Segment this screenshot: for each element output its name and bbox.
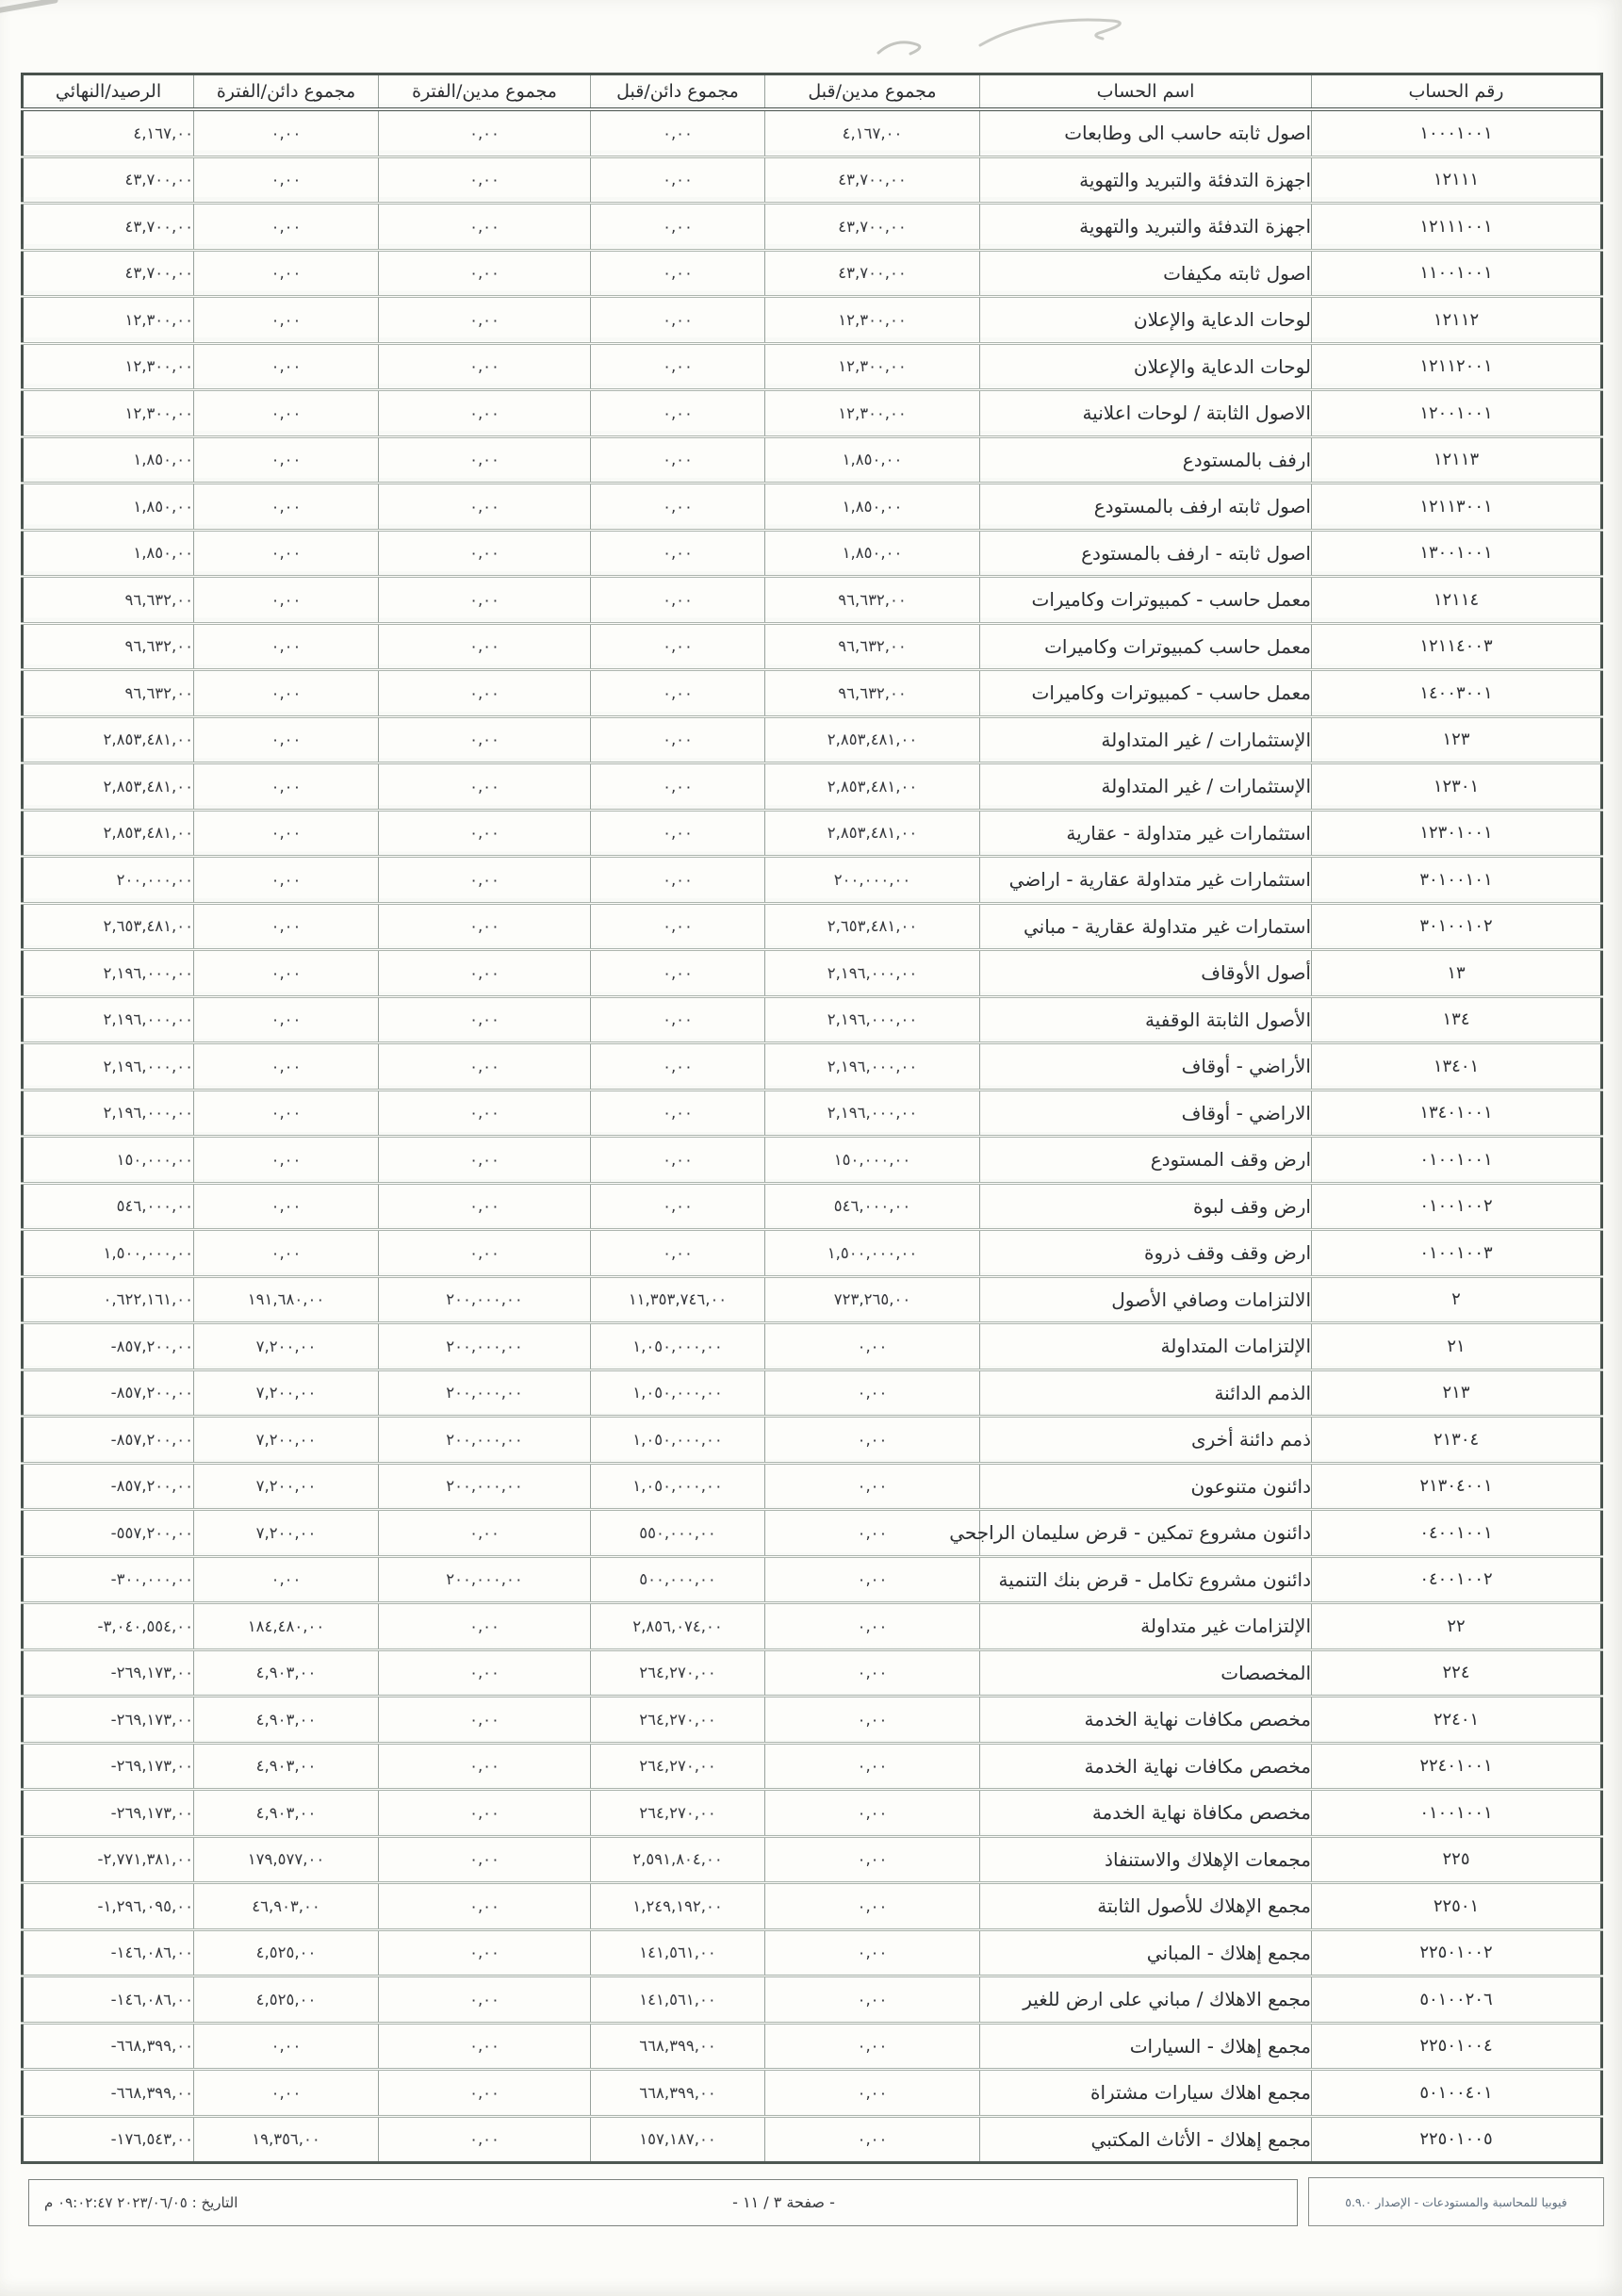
table-row: ١٣٤٠١ الأراضي - أوقاف ٢,١٩٦,٠٠٠,٠٠ ٠,٠٠ …: [23, 1043, 1602, 1091]
debit-period: ٠,٠٠: [379, 903, 591, 950]
table-row: ١٢١١٤٠٠٣ معمل حاسب كمبيوترات وكاميرات ٩٦…: [23, 623, 1602, 670]
final-balance: ١,٨٥٠,٠٠: [23, 530, 194, 577]
debit-period: ٠,٠٠: [379, 1790, 591, 1837]
credit-before: ٠,٠٠: [591, 810, 765, 857]
credit-period: ٠,٠٠: [194, 1137, 379, 1184]
credit-before: ٠,٠٠: [591, 390, 765, 437]
account-name: مجمع الإهلاك للأصول الثابتة: [980, 1883, 1312, 1930]
account-number: ٠١٠٠١٠٠١: [1312, 1137, 1602, 1184]
credit-period: ٤,٩٠٣,٠٠: [194, 1743, 379, 1790]
debit-period: ٠,٠٠: [379, 1836, 591, 1883]
debit-before: ٢,٨٥٣,٤٨١,٠٠: [765, 716, 980, 763]
credit-period: ٤٦,٩٠٣,٠٠: [194, 1883, 379, 1930]
table-row: ٥٠١٠٠٤٠١ مجمع اهلاك سيارات مشتراة ٠,٠٠ ٦…: [23, 2070, 1602, 2117]
account-number: ١٢٠٠١٠٠١: [1312, 390, 1602, 437]
account-name: دائنون مشروع تمكين - قرض سليمان الراجحي: [980, 1510, 1312, 1557]
table-row: ٠٤٠٠١٠٠٢ دائنون مشروع تكامل - قرض بنك ال…: [23, 1556, 1602, 1603]
credit-before: ٠,٠٠: [591, 530, 765, 577]
trial-balance-table: رقم الحساب اسم الحساب مجموع مدين/قبل مجم…: [21, 73, 1603, 2164]
debit-before: ٢,٨٥٣,٤٨١,٠٠: [765, 763, 980, 811]
account-number: ٢١٣: [1312, 1369, 1602, 1417]
credit-before: ٥٠٠,٠٠٠,٠٠: [591, 1556, 765, 1603]
credit-period: ٧,٢٠٠,٠٠: [194, 1417, 379, 1464]
debit-period: ٠,٠٠: [379, 857, 591, 904]
account-name: اصول ثابته - ارفف بالمستودع: [980, 530, 1312, 577]
table-row: ٢١٣٠٤ ذمم دائنة أخرى ٠,٠٠ ١,٠٥٠,٠٠٠,٠٠ ٢…: [23, 1417, 1602, 1464]
account-name: استثمارات غير متداولة - عقارية: [980, 810, 1312, 857]
account-number: ١٢١١٢: [1312, 297, 1602, 344]
debit-period: ٠,٠٠: [379, 996, 591, 1043]
final-balance: -٨٥٧,٢٠٠,٠٠: [23, 1369, 194, 1417]
debit-period: ٢٠٠,٠٠٠,٠٠: [379, 1417, 591, 1464]
table-row: ١٢١١٣ ارفف بالمستودع ١,٨٥٠,٠٠ ٠,٠٠ ٠,٠٠ …: [23, 436, 1602, 484]
account-number: ٢٢٥٠١٠٠٤: [1312, 2023, 1602, 2070]
credit-period: ٠,٠٠: [194, 156, 379, 204]
account-name: اصول ثابته ارفف بالمستودع: [980, 484, 1312, 531]
table-row: ١٣ أصول الأوقاف ٢,١٩٦,٠٠٠,٠٠ ٠,٠٠ ٠,٠٠ ٠…: [23, 950, 1602, 997]
debit-before: ١,٥٠٠,٠٠٠,٠٠: [765, 1230, 980, 1277]
debit-period: ٠,٠٠: [379, 390, 591, 437]
debit-period: ٢٠٠,٠٠٠,٠٠: [379, 1323, 591, 1370]
account-number: ٢٢٤٠١٠٠١: [1312, 1743, 1602, 1790]
account-number: ١٣٤: [1312, 996, 1602, 1043]
account-number: ١٢١١٤٠٠٣: [1312, 623, 1602, 670]
table-row: ١٢١١١ اجهزة التدفئة والتبريد والتهوية ٤٣…: [23, 156, 1602, 204]
final-balance: ٤٣,٧٠٠,٠٠: [23, 204, 194, 251]
final-balance: ٠,٦٢٢,١٦١,٠٠: [23, 1276, 194, 1323]
table-row: ١٢٣٠١٠٠١ استثمارات غير متداولة - عقارية …: [23, 810, 1602, 857]
debit-period: ٠,٠٠: [379, 484, 591, 531]
final-balance: -٢٦٩,١٧٣,٠٠: [23, 1743, 194, 1790]
pen-smudge-artifact: [867, 8, 1150, 64]
account-number: ١٢١١٣: [1312, 436, 1602, 484]
account-name: أصول الأوقاف: [980, 950, 1312, 997]
account-name: ارض وقف وقف ذروة: [980, 1230, 1312, 1277]
credit-before: ٠,٠٠: [591, 1043, 765, 1091]
column-header-credit-period: مجموع دائن/الفترة: [194, 74, 379, 110]
credit-period: ٠,٠٠: [194, 436, 379, 484]
credit-period: ٠,٠٠: [194, 857, 379, 904]
debit-period: ٠,٠٠: [379, 1230, 591, 1277]
credit-period: ٤,٩٠٣,٠٠: [194, 1790, 379, 1837]
column-header-account-number: رقم الحساب: [1312, 74, 1602, 110]
credit-before: ٠,٠٠: [591, 623, 765, 670]
account-name: ارض وقف لبوة: [980, 1183, 1312, 1230]
account-number: ٢٢٤: [1312, 1649, 1602, 1697]
table-row: ١٣٠٠١٠٠١ اصول ثابته - ارفف بالمستودع ١,٨…: [23, 530, 1602, 577]
final-balance: ١٢,٣٠٠,٠٠: [23, 343, 194, 390]
account-name: اصول ثابته مكيفات: [980, 250, 1312, 297]
final-balance: ١٢,٣٠٠,٠٠: [23, 297, 194, 344]
final-balance: ٢٠٠,٠٠٠,٠٠: [23, 857, 194, 904]
final-balance: -٨٥٧,٢٠٠,٠٠: [23, 1323, 194, 1370]
scanned-report-page: رقم الحساب اسم الحساب مجموع مدين/قبل مجم…: [0, 0, 1622, 2296]
account-name: مخصص مكافات نهاية الخدمة: [980, 1743, 1312, 1790]
debit-before: ٢,١٩٦,٠٠٠,٠٠: [765, 950, 980, 997]
account-number: ١٢٣٠١٠٠١: [1312, 810, 1602, 857]
debit-period: ٠,٠٠: [379, 763, 591, 811]
table-row: ٢٢٤ المخصصات ٠,٠٠ ٢٦٤,٢٧٠,٠٠ ٠,٠٠ ٤,٩٠٣,…: [23, 1649, 1602, 1697]
credit-before: ٠,٠٠: [591, 996, 765, 1043]
account-number: ٠٤٠٠١٠٠٢: [1312, 1556, 1602, 1603]
account-name: مخصص مكافاة نهاية الخدمة: [980, 1790, 1312, 1837]
table-row: ٢٢٤٠١ مخصص مكافات نهاية الخدمة ٠,٠٠ ٢٦٤,…: [23, 1697, 1602, 1744]
account-name: لوحات الدعاية والإعلان: [980, 297, 1312, 344]
credit-before: ٢,٨٥٦,٠٧٤,٠٠: [591, 1603, 765, 1650]
table-row: ٠١٠٠١٠٠٢ ارض وقف لبوة ٥٤٦,٠٠٠,٠٠ ٠,٠٠ ٠,…: [23, 1183, 1602, 1230]
credit-period: ٠,٠٠: [194, 623, 379, 670]
final-balance: ٢,٦٥٣,٤٨١,٠٠: [23, 903, 194, 950]
credit-before: ١,٠٥٠,٠٠٠,٠٠: [591, 1369, 765, 1417]
account-number: ١٢١١٢٠٠١: [1312, 343, 1602, 390]
table-row: ٠١٠٠١٠٠٣ ارض وقف وقف ذروة ١,٥٠٠,٠٠٠,٠٠ ٠…: [23, 1230, 1602, 1277]
debit-period: ٠,٠٠: [379, 623, 591, 670]
table-row: ١٢١١١٠٠١ اجهزة التدفئة والتبريد والتهوية…: [23, 204, 1602, 251]
credit-period: ٠,٠٠: [194, 109, 379, 156]
final-balance: ١٢,٣٠٠,٠٠: [23, 390, 194, 437]
debit-period: ٠,٠٠: [379, 1929, 591, 1976]
credit-period: ٠,٠٠: [194, 484, 379, 531]
debit-before: ٢,١٩٦,٠٠٠,٠٠: [765, 1043, 980, 1091]
table-row: ١٢١١٢ لوحات الدعاية والإعلان ١٢,٣٠٠,٠٠ ٠…: [23, 297, 1602, 344]
debit-before: ١,٨٥٠,٠٠: [765, 436, 980, 484]
credit-before: ١,٢٤٩,١٩٢,٠٠: [591, 1883, 765, 1930]
credit-period: ٤,٥٢٥,٠٠: [194, 1976, 379, 2024]
account-number: ٢١: [1312, 1323, 1602, 1370]
credit-period: ٠,٠٠: [194, 996, 379, 1043]
debit-period: ٢٠٠,٠٠٠,٠٠: [379, 1369, 591, 1417]
account-name: اجهزة التدفئة والتبريد والتهوية: [980, 204, 1312, 251]
final-balance: -١٧٦,٥٤٣,٠٠: [23, 2116, 194, 2163]
table-row: ٢٢٥٠١ مجمع الإهلاك للأصول الثابتة ٠,٠٠ ١…: [23, 1883, 1602, 1930]
credit-before: ٢٦٤,٢٧٠,٠٠: [591, 1649, 765, 1697]
debit-before: ٩٦,٦٣٢,٠٠: [765, 623, 980, 670]
account-name: ارض وقف المستودع: [980, 1137, 1312, 1184]
credit-before: ٠,٠٠: [591, 577, 765, 624]
credit-period: ٠,٠٠: [194, 250, 379, 297]
table-row: ٥٠١٠٠٢٠٦ مجمع الاهلاك / مباني على ارض لل…: [23, 1976, 1602, 2024]
account-number: ١٢٣: [1312, 716, 1602, 763]
table-row: ١٢٠٠١٠٠١ الاصول الثابتة / لوحات اعلانية …: [23, 390, 1602, 437]
credit-period: ٤,٥٢٥,٠٠: [194, 1929, 379, 1976]
credit-before: ٠,٠٠: [591, 903, 765, 950]
account-name: مجمع إهلاك - الأثاث المكتبي: [980, 2116, 1312, 2163]
table-row: ٢١٣ الذمم الدائنة ٠,٠٠ ١,٠٥٠,٠٠٠,٠٠ ٢٠٠,…: [23, 1369, 1602, 1417]
debit-before: ٠,٠٠: [765, 2070, 980, 2117]
table-row: ٠١٠٠١٠٠١ ارض وقف المستودع ١٥٠,٠٠٠,٠٠ ٠,٠…: [23, 1137, 1602, 1184]
credit-before: ٠,٠٠: [591, 297, 765, 344]
credit-period: ٠,٠٠: [194, 1183, 379, 1230]
credit-before: ٢٦٤,٢٧٠,٠٠: [591, 1790, 765, 1837]
account-name: الأراضي - أوقاف: [980, 1043, 1312, 1091]
table-row: ١٣٤٠١٠٠١ الاراضي - أوقاف ٢,١٩٦,٠٠٠,٠٠ ٠,…: [23, 1090, 1602, 1137]
final-balance: -٢,٧٧١,٣٨١,٠٠: [23, 1836, 194, 1883]
debit-before: ١,٨٥٠,٠٠: [765, 530, 980, 577]
final-balance: -٢٦٩,١٧٣,٠٠: [23, 1649, 194, 1697]
account-number: ٠١٠٠١٠٠١: [1312, 1790, 1602, 1837]
credit-period: ٠,٠٠: [194, 297, 379, 344]
account-number: ١٣٤٠١٠٠١: [1312, 1090, 1602, 1137]
account-name: اجهزة التدفئة والتبريد والتهوية: [980, 156, 1312, 204]
account-name: استثمارات غير متداولة عقارية - اراضي: [980, 857, 1312, 904]
credit-before: ٠,٠٠: [591, 1090, 765, 1137]
credit-period: ١٨٤,٤٨٠,٠٠: [194, 1603, 379, 1650]
debit-before: ٠,٠٠: [765, 1417, 980, 1464]
account-number: ١٢١١١: [1312, 156, 1602, 204]
debit-before: ٢٠٠,٠٠٠,٠٠: [765, 857, 980, 904]
table-header: رقم الحساب اسم الحساب مجموع مدين/قبل مجم…: [23, 74, 1602, 110]
debit-before: ٢,١٩٦,٠٠٠,٠٠: [765, 1090, 980, 1137]
final-balance: ١٥٠,٠٠٠,٠٠: [23, 1137, 194, 1184]
account-number: ١٠٠٠١٠٠١: [1312, 109, 1602, 156]
account-name: مجمع إهلاك - السيارات: [980, 2023, 1312, 2070]
debit-before: ٩٦,٦٣٢,٠٠: [765, 670, 980, 717]
footer-strip: التاريخ : ٢٠٢٣/٠٦/٠٥ ٠٩:٠٢:٤٧ م - صفحة ٣…: [28, 2179, 1298, 2226]
table-row: ٢٢٥٠١٠٠٢ مجمع إهلاك - المباني ٠,٠٠ ١٤١,٥…: [23, 1929, 1602, 1976]
table-row: ٢١ الإلتزامات المتداولة ٠,٠٠ ١,٠٥٠,٠٠٠,٠…: [23, 1323, 1602, 1370]
credit-before: ٢,٥٩١,٨٠٤,٠٠: [591, 1836, 765, 1883]
credit-before: ١٤١,٥٦١,٠٠: [591, 1929, 765, 1976]
account-name: الإستثمارات / غير المتداولة: [980, 763, 1312, 811]
final-balance: ٢,١٩٦,٠٠٠,٠٠: [23, 1090, 194, 1137]
table-row: ٠١٠٠١٠٠١ مخصص مكافاة نهاية الخدمة ٠,٠٠ ٢…: [23, 1790, 1602, 1837]
account-rows: ١٠٠٠١٠٠١ اصول ثابته حاسب الى وطابعات ٤,١…: [23, 109, 1602, 2163]
account-name: الاراضي - أوقاف: [980, 1090, 1312, 1137]
final-balance: -٦٦٨,٣٩٩,٠٠: [23, 2070, 194, 2117]
final-balance: ٩٦,٦٣٢,٠٠: [23, 623, 194, 670]
debit-period: ٠,٠٠: [379, 1090, 591, 1137]
account-number: ٢٢٤٠١: [1312, 1697, 1602, 1744]
credit-period: ٧,٢٠٠,٠٠: [194, 1323, 379, 1370]
debit-before: ٤,١٦٧,٠٠: [765, 109, 980, 156]
table-row: ٠٤٠٠١٠٠١ دائنون مشروع تمكين - قرض سليمان…: [23, 1510, 1602, 1557]
debit-period: ٠,٠٠: [379, 2070, 591, 2117]
debit-period: ٠,٠٠: [379, 109, 591, 156]
account-number: ٢٢: [1312, 1603, 1602, 1650]
debit-period: ٠,٠٠: [379, 1976, 591, 2024]
debit-period: ٠,٠٠: [379, 2023, 591, 2070]
account-number: ٢١٣٠٤٠٠١: [1312, 1463, 1602, 1510]
debit-period: ٢٠٠,٠٠٠,٠٠: [379, 1556, 591, 1603]
credit-period: ٠,٠٠: [194, 810, 379, 857]
account-name: الإستثمارات / غير المتداولة: [980, 716, 1312, 763]
column-header-account-name: اسم الحساب: [980, 74, 1312, 110]
debit-before: ٠,٠٠: [765, 1929, 980, 1976]
account-number: ٢١٣٠٤: [1312, 1417, 1602, 1464]
header-row: رقم الحساب اسم الحساب مجموع مدين/قبل مجم…: [23, 74, 1602, 110]
table-row: ١٣٤ الأصول الثابتة الوقفية ٢,١٩٦,٠٠٠,٠٠ …: [23, 996, 1602, 1043]
credit-period: ٠,٠٠: [194, 530, 379, 577]
account-number: ١٢١١٣٠٠١: [1312, 484, 1602, 531]
credit-period: ٠,٠٠: [194, 2023, 379, 2070]
credit-before: ٢٦٤,٢٧٠,٠٠: [591, 1697, 765, 1744]
final-balance: ٤٣,٧٠٠,٠٠: [23, 250, 194, 297]
debit-before: ١,٨٥٠,٠٠: [765, 484, 980, 531]
debit-period: ٠,٠٠: [379, 156, 591, 204]
debit-period: ٠,٠٠: [379, 670, 591, 717]
debit-before: ٠,٠٠: [765, 2116, 980, 2163]
account-name: مخصص مكافات نهاية الخدمة: [980, 1697, 1312, 1744]
debit-before: ٠,٠٠: [765, 1369, 980, 1417]
table-row: ٢٢٥٠١٠٠٥ مجمع إهلاك - الأثاث المكتبي ٠,٠…: [23, 2116, 1602, 2163]
final-balance: -٢٦٩,١٧٣,٠٠: [23, 1697, 194, 1744]
final-balance: ٢,٨٥٣,٤٨١,٠٠: [23, 716, 194, 763]
account-number: ٢٢٥٠١٠٠٥: [1312, 2116, 1602, 2163]
account-name: استمارات غير متداولة عقارية - مباني: [980, 903, 1312, 950]
credit-period: ٤,٩٠٣,٠٠: [194, 1697, 379, 1744]
account-name: معمل حاسب كمبيوترات وكاميرات: [980, 623, 1312, 670]
debit-period: ٠,٠٠: [379, 810, 591, 857]
account-name: الإلتزامات غير متداولة: [980, 1603, 1312, 1650]
final-balance: -٥٥٧,٢٠٠,٠٠: [23, 1510, 194, 1557]
account-name: الإلتزامات المتداولة: [980, 1323, 1312, 1370]
table-row: ٢٢ الإلتزامات غير متداولة ٠,٠٠ ٢,٨٥٦,٠٧٤…: [23, 1603, 1602, 1650]
final-balance: ١,٨٥٠,٠٠: [23, 484, 194, 531]
final-balance: -٨٥٧,٢٠٠,٠٠: [23, 1463, 194, 1510]
final-balance: ٩٦,٦٣٢,٠٠: [23, 670, 194, 717]
debit-period: ٠,٠٠: [379, 1137, 591, 1184]
credit-period: ٠,٠٠: [194, 716, 379, 763]
debit-period: ٠,٠٠: [379, 577, 591, 624]
debit-period: ٠,٠٠: [379, 1183, 591, 1230]
account-number: ٠٤٠٠١٠٠١: [1312, 1510, 1602, 1557]
debit-period: ٠,٠٠: [379, 343, 591, 390]
credit-before: ٠,٠٠: [591, 109, 765, 156]
table-row: ٣٠١٠٠١٠٢ استمارات غير متداولة عقارية - م…: [23, 903, 1602, 950]
debit-period: ٠,٠٠: [379, 950, 591, 997]
debit-before: ٠,٠٠: [765, 1510, 980, 1557]
debit-period: ٠,٠٠: [379, 1697, 591, 1744]
credit-before: ١,٠٥٠,٠٠٠,٠٠: [591, 1323, 765, 1370]
debit-before: ٢,٦٥٣,٤٨١,٠٠: [765, 903, 980, 950]
credit-period: ٧,٢٠٠,٠٠: [194, 1369, 379, 1417]
account-number: ٢٢٥: [1312, 1836, 1602, 1883]
account-number: ٣٠١٠٠١٠٢: [1312, 903, 1602, 950]
account-name: مجمع إهلاك - المباني: [980, 1929, 1312, 1976]
credit-period: ٧,٢٠٠,٠٠: [194, 1510, 379, 1557]
credit-before: ٢٦٤,٢٧٠,٠٠: [591, 1743, 765, 1790]
page-number: - صفحة ٣ / ١١ -: [732, 2180, 835, 2225]
debit-period: ٠,٠٠: [379, 1743, 591, 1790]
credit-before: ٠,٠٠: [591, 763, 765, 811]
account-number: ١٤٠٠٣٠٠١: [1312, 670, 1602, 717]
credit-before: ٦٦٨,٣٩٩,٠٠: [591, 2023, 765, 2070]
account-number: ٣٠١٠٠١٠١: [1312, 857, 1602, 904]
debit-period: ٠,٠٠: [379, 1603, 591, 1650]
debit-before: ٤٣,٧٠٠,٠٠: [765, 250, 980, 297]
credit-before: ٠,٠٠: [591, 1183, 765, 1230]
credit-before: ١١,٣٥٣,٧٤٦,٠٠: [591, 1276, 765, 1323]
account-number: ٥٠١٠٠٤٠١: [1312, 2070, 1602, 2117]
account-name: ارفف بالمستودع: [980, 436, 1312, 484]
account-number: ٢٢٥٠١٠٠٢: [1312, 1929, 1602, 1976]
table-row: ٢١٣٠٤٠٠١ دائنون متنوعون ٠,٠٠ ١,٠٥٠,٠٠٠,٠…: [23, 1463, 1602, 1510]
table-row: ١٠٠٠١٠٠١ اصول ثابته حاسب الى وطابعات ٤,١…: [23, 109, 1602, 156]
credit-period: ٠,٠٠: [194, 950, 379, 997]
debit-before: ٢,٨٥٣,٤٨١,٠٠: [765, 810, 980, 857]
account-name: ذمم دائنة أخرى: [980, 1417, 1312, 1464]
final-balance: -٦٦٨,٣٩٩,٠٠: [23, 2023, 194, 2070]
final-balance: ٢,٨٥٣,٤٨١,٠٠: [23, 810, 194, 857]
column-header-debit-period: مجموع مدين/الفترة: [379, 74, 591, 110]
final-balance: ٢,١٩٦,٠٠٠,٠٠: [23, 996, 194, 1043]
debit-period: ٠,٠٠: [379, 2116, 591, 2163]
credit-period: ٠,٠٠: [194, 1090, 379, 1137]
debit-before: ٥٤٦,٠٠٠,٠٠: [765, 1183, 980, 1230]
account-number: ١٣٠٠١٠٠١: [1312, 530, 1602, 577]
final-balance: -٣٠٠,٠٠٠,٠٠: [23, 1556, 194, 1603]
debit-period: ٠,٠٠: [379, 1043, 591, 1091]
debit-period: ٢٠٠,٠٠٠,٠٠: [379, 1276, 591, 1323]
credit-before: ٠,٠٠: [591, 857, 765, 904]
credit-period: ٠,٠٠: [194, 1230, 379, 1277]
account-name: مجمعات الإهلاك والاستنفاذ: [980, 1836, 1312, 1883]
table-row: ١٢١١٣٠٠١ اصول ثابته ارفف بالمستودع ١,٨٥٠…: [23, 484, 1602, 531]
debit-period: ٠,٠٠: [379, 1883, 591, 1930]
debit-before: ٤٣,٧٠٠,٠٠: [765, 156, 980, 204]
account-name: الأصول الثابتة الوقفية: [980, 996, 1312, 1043]
debit-before: ٠,٠٠: [765, 1323, 980, 1370]
credit-before: ٠,٠٠: [591, 204, 765, 251]
table-row: ٣٠١٠٠١٠١ استثمارات غير متداولة عقارية - …: [23, 857, 1602, 904]
credit-before: ٥٥٠,٠٠٠,٠٠: [591, 1510, 765, 1557]
table-row: ٢٢٤٠١٠٠١ مخصص مكافات نهاية الخدمة ٠,٠٠ ٢…: [23, 1743, 1602, 1790]
final-balance: -١٤٦,٠٨٦,٠٠: [23, 1929, 194, 1976]
table-row: ١٢١١٤ معمل حاسب - كمبيوترات وكاميرات ٩٦,…: [23, 577, 1602, 624]
column-header-final-balance: الرصيد/النهائي: [23, 74, 194, 110]
credit-period: ٠,٠٠: [194, 1556, 379, 1603]
final-balance: ٩٦,٦٣٢,٠٠: [23, 577, 194, 624]
credit-before: ١٥٧,١٨٧,٠٠: [591, 2116, 765, 2163]
account-name: المخصصات: [980, 1649, 1312, 1697]
final-balance: -٣,٠٤٠,٥٥٤,٠٠: [23, 1603, 194, 1650]
table-row: ١٢٣ الإستثمارات / غير المتداولة ٢,٨٥٣,٤٨…: [23, 716, 1602, 763]
app-version-box: فيوبيا للمحاسبة والمستودعات - الإصدار ٥.…: [1308, 2177, 1604, 2226]
credit-period: ٠,٠٠: [194, 204, 379, 251]
account-name: مجمع اهلاك سيارات مشتراة: [980, 2070, 1312, 2117]
final-balance: ٢,١٩٦,٠٠٠,٠٠: [23, 950, 194, 997]
debit-before: ١٢,٣٠٠,٠٠: [765, 343, 980, 390]
credit-before: ٠,٠٠: [591, 436, 765, 484]
credit-before: ٠,٠٠: [591, 250, 765, 297]
column-header-credit-before: مجموع دائن/قبل: [591, 74, 765, 110]
debit-before: ٠,٠٠: [765, 1883, 980, 1930]
debit-period: ٠,٠٠: [379, 204, 591, 251]
credit-before: ٠,٠٠: [591, 716, 765, 763]
debit-before: ٢,١٩٦,٠٠٠,٠٠: [765, 996, 980, 1043]
table-row: ١١٠٠١٠٠١ اصول ثابته مكيفات ٤٣,٧٠٠,٠٠ ٠,٠…: [23, 250, 1602, 297]
account-number: ٢: [1312, 1276, 1602, 1323]
debit-before: ٠,٠٠: [765, 2023, 980, 2070]
final-balance: ٢,٨٥٣,٤٨١,٠٠: [23, 763, 194, 811]
credit-period: ٠,٠٠: [194, 343, 379, 390]
credit-before: ٦٦٨,٣٩٩,٠٠: [591, 2070, 765, 2117]
credit-before: ٠,٠٠: [591, 484, 765, 531]
account-number: ١٣٤٠١: [1312, 1043, 1602, 1091]
credit-period: ٠,٠٠: [194, 2070, 379, 2117]
final-balance: -١٤٦,٠٨٦,٠٠: [23, 1976, 194, 2024]
credit-before: ١٤١,٥٦١,٠٠: [591, 1976, 765, 2024]
account-name: دائنون متنوعون: [980, 1463, 1312, 1510]
final-balance: -٨٥٧,٢٠٠,٠٠: [23, 1417, 194, 1464]
debit-period: ٠,٠٠: [379, 530, 591, 577]
account-number: ١٢١١٤: [1312, 577, 1602, 624]
account-name: لوحات الدعاية والإعلان: [980, 343, 1312, 390]
credit-before: ١,٠٥٠,٠٠٠,٠٠: [591, 1463, 765, 1510]
account-name: الاصول الثابتة / لوحات اعلانية: [980, 390, 1312, 437]
credit-period: ٠,٠٠: [194, 577, 379, 624]
debit-before: ٩٦,٦٣٢,٠٠: [765, 577, 980, 624]
